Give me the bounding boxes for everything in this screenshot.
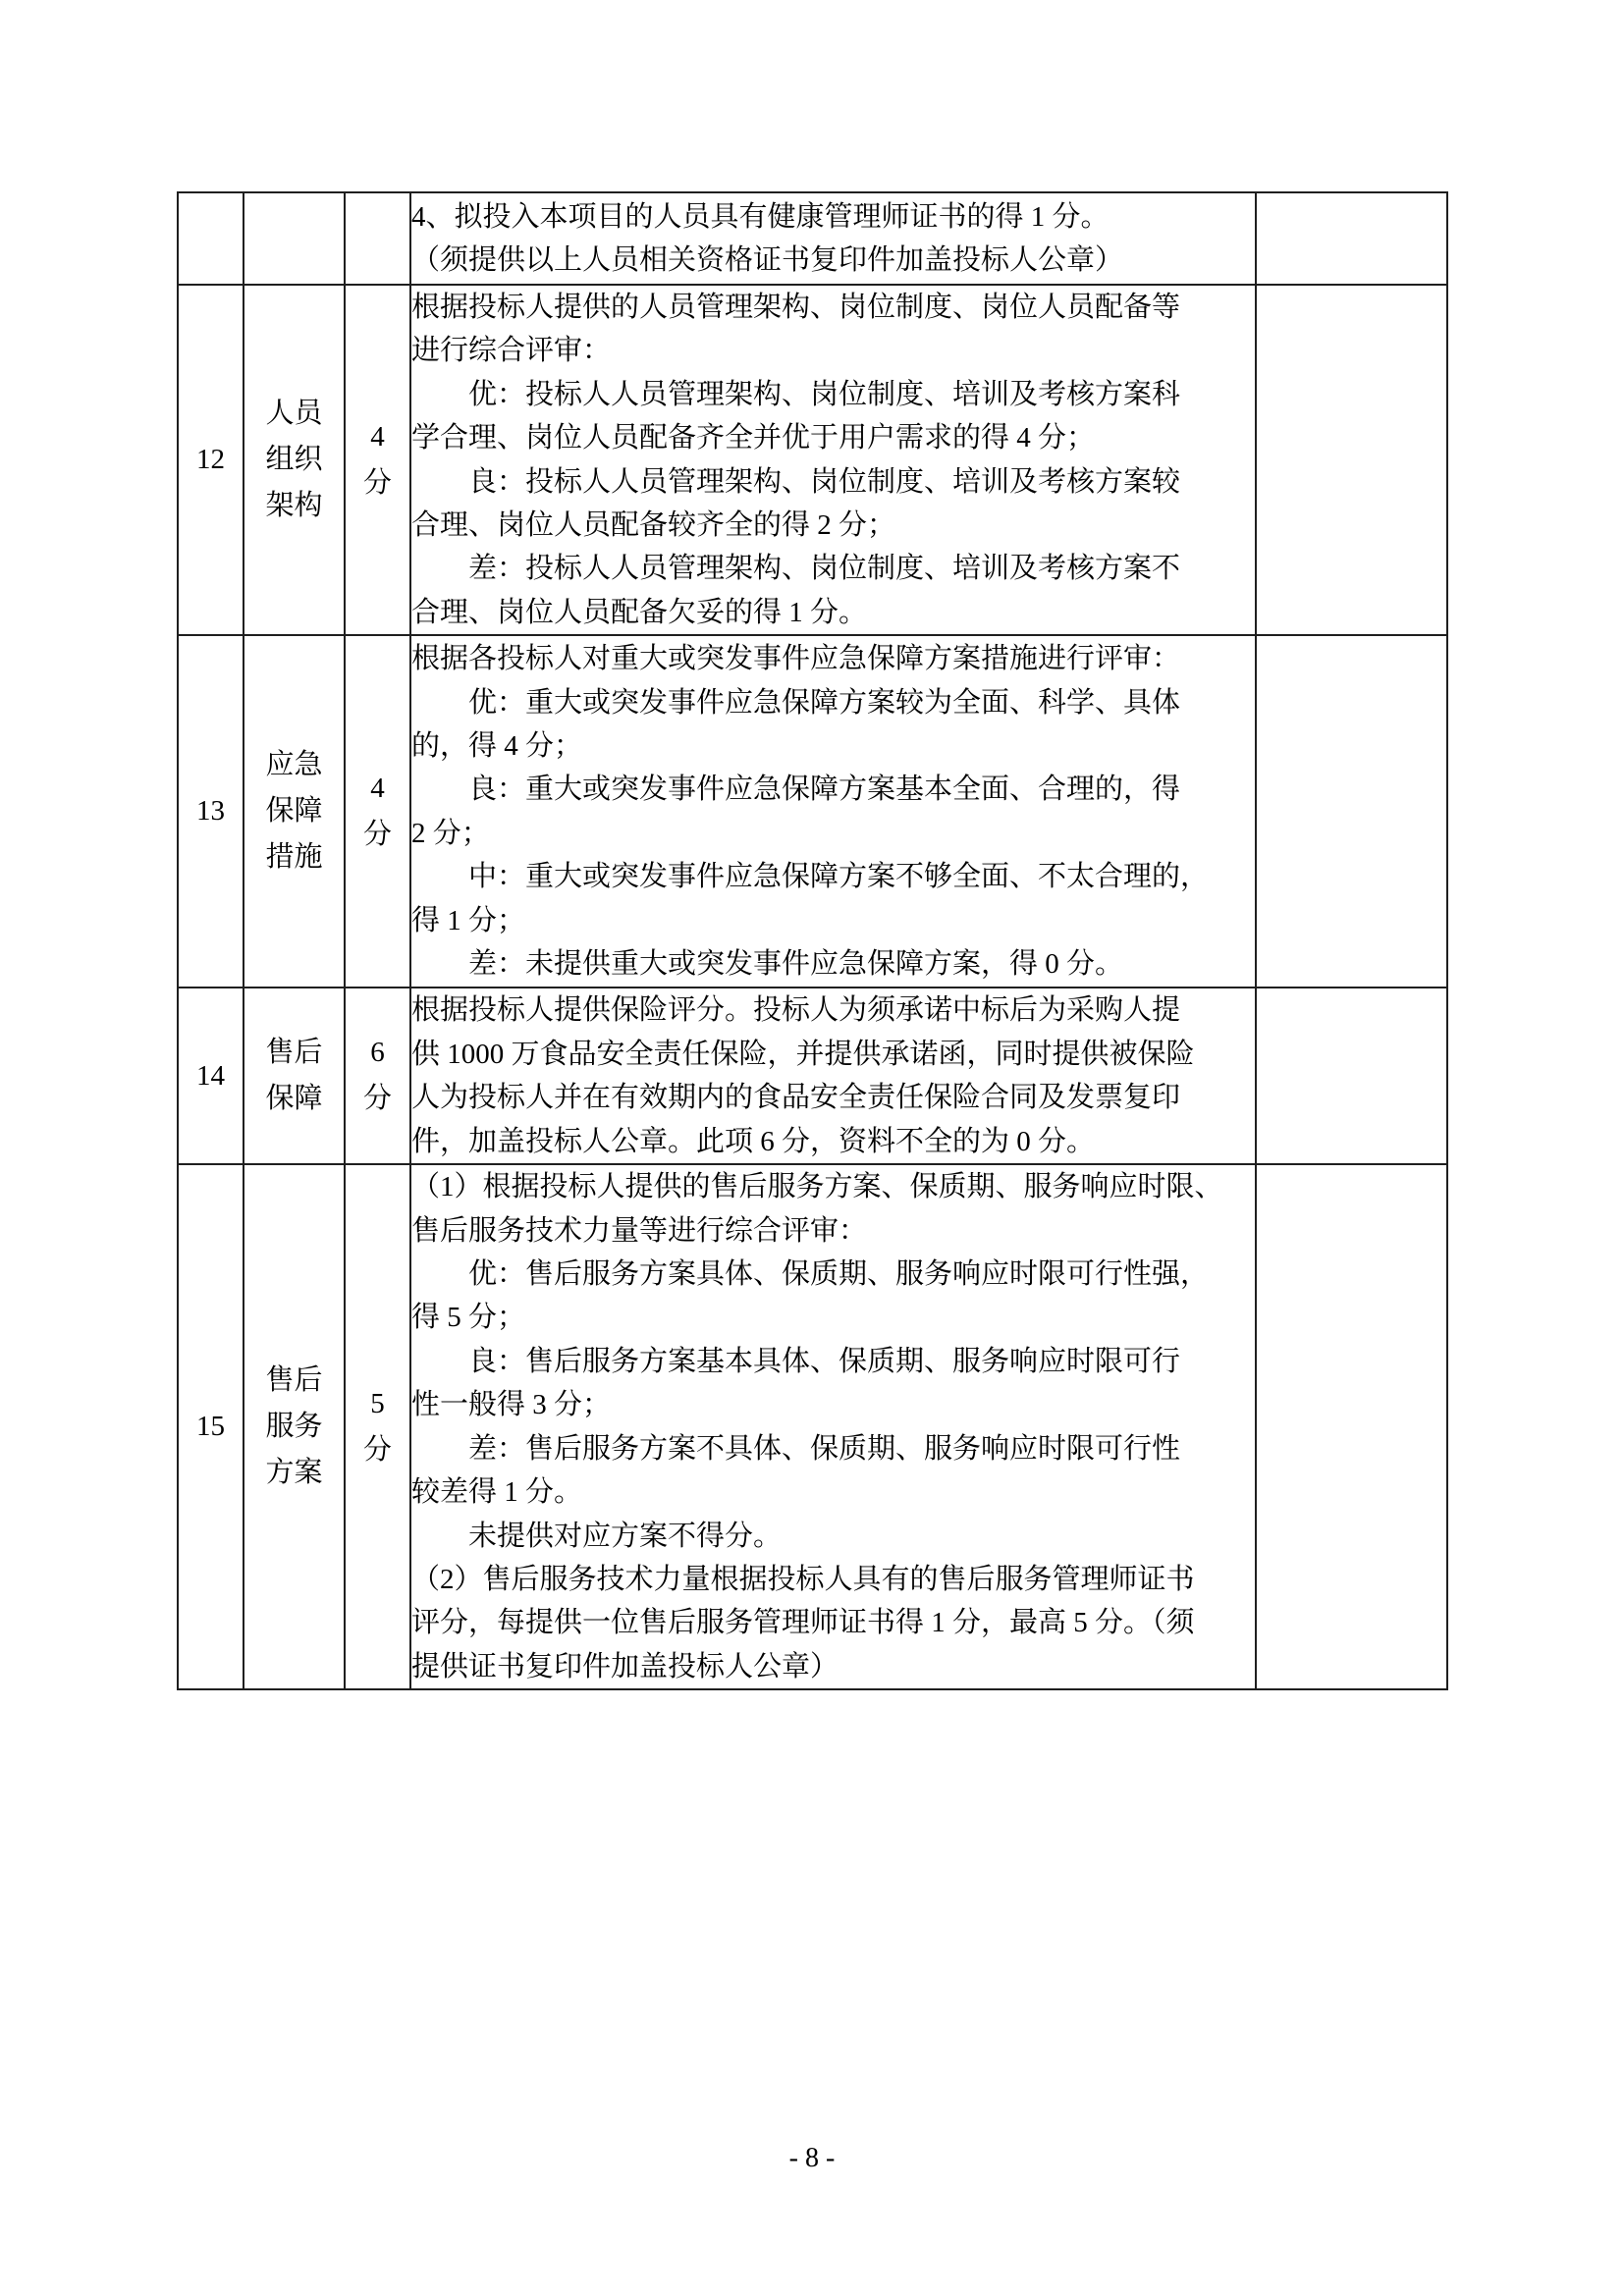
criteria-line: 售后服务技术力量等进行综合评审： [411, 1209, 1255, 1253]
item-name-cell: 应急保障措施 [244, 635, 345, 988]
criteria-line: 评分，每提供一位售后服务管理师证书得 1 分，最高 5 分。（须 [411, 1601, 1255, 1644]
criteria-line: 人为投标人并在有效期内的食品安全责任保险合同及发票复印 [411, 1076, 1255, 1119]
row-number-cell: 15 [178, 1164, 244, 1689]
score-value-line: 分 [346, 460, 409, 507]
score-value-line: 5 [346, 1381, 409, 1427]
criteria-line: 差：未提供重大或突发事件应急保障方案，得 0 分。 [411, 942, 1255, 986]
criteria-line: 件，加盖投标人公章。此项 6 分，资料不全的为 0 分。 [411, 1120, 1255, 1163]
criteria-line: 性一般得 3 分； [411, 1383, 1255, 1426]
criteria-line: 优：售后服务方案具体、保质期、服务响应时限可行性强， [411, 1253, 1255, 1296]
criteria-line: 得 1 分； [411, 899, 1255, 942]
criteria-text-cell: （1）根据投标人提供的售后服务方案、保质期、服务响应时限、售后服务技术力量等进行… [410, 1164, 1256, 1689]
page-number: - 8 - [0, 2141, 1624, 2176]
criteria-line: 学合理、岗位人员配备齐全并优于用户需求的得 4 分； [411, 416, 1255, 459]
criteria-line: 供 1000 万食品安全责任保险，并提供承诺函，同时提供被保险 [411, 1033, 1255, 1076]
score-value-cell: 5分 [345, 1164, 410, 1689]
row-number-cell: 12 [178, 285, 244, 635]
row-number-cell: 13 [178, 635, 244, 988]
criteria-line: 差：投标人人员管理架构、岗位制度、培训及考核方案不 [411, 547, 1255, 590]
criteria-line: 合理、岗位人员配备欠妥的得 1 分。 [411, 591, 1255, 634]
item-name-line: 售后 [244, 1358, 344, 1404]
row-number-cell: 14 [178, 988, 244, 1164]
item-name-line: 服务 [244, 1404, 344, 1450]
item-name-line: 架构 [244, 483, 344, 529]
criteria-line: 良：售后服务方案基本具体、保质期、服务响应时限可行 [411, 1340, 1255, 1383]
item-name-cell: 售后保障 [244, 988, 345, 1164]
criteria-line: 较差得 1 分。 [411, 1470, 1255, 1514]
table-row: 12人员组织架构4分根据投标人提供的人员管理架构、岗位制度、岗位人员配备等进行综… [178, 285, 1447, 635]
score-value-line: 分 [346, 812, 409, 858]
table-row: 4、拟投入本项目的人员具有健康管理师证书的得 1 分。（须提供以上人员相关资格证… [178, 192, 1447, 285]
score-value-line: 4 [346, 766, 409, 812]
criteria-line: 进行综合评审： [411, 329, 1255, 372]
score-entry-cell [1256, 635, 1447, 988]
score-value-line: 分 [346, 1427, 409, 1473]
item-name-line: 方案 [244, 1450, 344, 1496]
criteria-line: 良：重大或突发事件应急保障方案基本全面、合理的，得 [411, 768, 1255, 811]
item-name-line: 售后 [244, 1030, 344, 1076]
score-entry-cell [1256, 1164, 1447, 1689]
criteria-line: 根据投标人提供的人员管理架构、岗位制度、岗位人员配备等 [411, 286, 1255, 329]
criteria-line: 2 分； [411, 812, 1255, 855]
criteria-line: 提供证书复印件加盖投标人公章） [411, 1645, 1255, 1688]
criteria-line: 差：售后服务方案不具体、保质期、服务响应时限可行性 [411, 1427, 1255, 1470]
score-entry-cell [1256, 988, 1447, 1164]
criteria-line: 中：重大或突发事件应急保障方案不够全面、不太合理的， [411, 855, 1255, 898]
row-number-cell [178, 192, 244, 285]
criteria-line: （2）售后服务技术力量根据投标人具有的售后服务管理师证书 [411, 1558, 1255, 1601]
criteria-text-cell: 根据投标人提供的人员管理架构、岗位制度、岗位人员配备等进行综合评审：优：投标人人… [410, 285, 1256, 635]
criteria-text-cell: 根据各投标人对重大或突发事件应急保障方案措施进行评审：优：重大或突发事件应急保障… [410, 635, 1256, 988]
score-value-cell: 6分 [345, 988, 410, 1164]
score-value-line: 6 [346, 1030, 409, 1076]
criteria-line: 的，得 4 分； [411, 724, 1255, 768]
criteria-text-cell: 根据投标人提供保险评分。投标人为须承诺中标后为采购人提供 1000 万食品安全责… [410, 988, 1256, 1164]
criteria-line: 根据各投标人对重大或突发事件应急保障方案措施进行评审： [411, 637, 1255, 680]
table-row: 15售后服务方案5分（1）根据投标人提供的售后服务方案、保质期、服务响应时限、售… [178, 1164, 1447, 1689]
criteria-line: 优：重大或突发事件应急保障方案较为全面、科学、具体 [411, 681, 1255, 724]
table-row: 14售后保障6分根据投标人提供保险评分。投标人为须承诺中标后为采购人提供 100… [178, 988, 1447, 1164]
score-value-line: 4 [346, 414, 409, 460]
document-page: 4、拟投入本项目的人员具有健康管理师证书的得 1 分。（须提供以上人员相关资格证… [0, 0, 1624, 2296]
criteria-line: 得 5 分； [411, 1296, 1255, 1339]
item-name-line: 措施 [244, 834, 344, 881]
criteria-line: 4、拟投入本项目的人员具有健康管理师证书的得 1 分。 [411, 195, 1255, 239]
evaluation-table-body: 4、拟投入本项目的人员具有健康管理师证书的得 1 分。（须提供以上人员相关资格证… [178, 192, 1447, 1689]
item-name-line: 保障 [244, 1076, 344, 1122]
criteria-line: 未提供对应方案不得分。 [411, 1515, 1255, 1558]
score-value-line: 分 [346, 1076, 409, 1122]
criteria-line: （须提供以上人员相关资格证书复印件加盖投标人公章） [411, 239, 1255, 282]
item-name-line: 人员 [244, 391, 344, 437]
criteria-line: 良：投标人人员管理架构、岗位制度、培训及考核方案较 [411, 460, 1255, 504]
criteria-line: 优：投标人人员管理架构、岗位制度、培训及考核方案科 [411, 373, 1255, 416]
score-entry-cell [1256, 285, 1447, 635]
table-row: 13应急保障措施4分根据各投标人对重大或突发事件应急保障方案措施进行评审：优：重… [178, 635, 1447, 988]
item-name-line: 组织 [244, 437, 344, 483]
criteria-line: 根据投标人提供保险评分。投标人为须承诺中标后为采购人提 [411, 988, 1255, 1032]
evaluation-criteria-table: 4、拟投入本项目的人员具有健康管理师证书的得 1 分。（须提供以上人员相关资格证… [177, 191, 1448, 1690]
criteria-line: （1）根据投标人提供的售后服务方案、保质期、服务响应时限、 [411, 1165, 1255, 1208]
item-name-line: 应急 [244, 742, 344, 788]
score-value-cell [345, 192, 410, 285]
criteria-line: 合理、岗位人员配备较齐全的得 2 分； [411, 504, 1255, 547]
item-name-cell [244, 192, 345, 285]
score-entry-cell [1256, 192, 1447, 285]
item-name-cell: 人员组织架构 [244, 285, 345, 635]
item-name-line: 保障 [244, 788, 344, 834]
score-value-cell: 4分 [345, 635, 410, 988]
item-name-cell: 售后服务方案 [244, 1164, 345, 1689]
score-value-cell: 4分 [345, 285, 410, 635]
criteria-text-cell: 4、拟投入本项目的人员具有健康管理师证书的得 1 分。（须提供以上人员相关资格证… [410, 192, 1256, 285]
